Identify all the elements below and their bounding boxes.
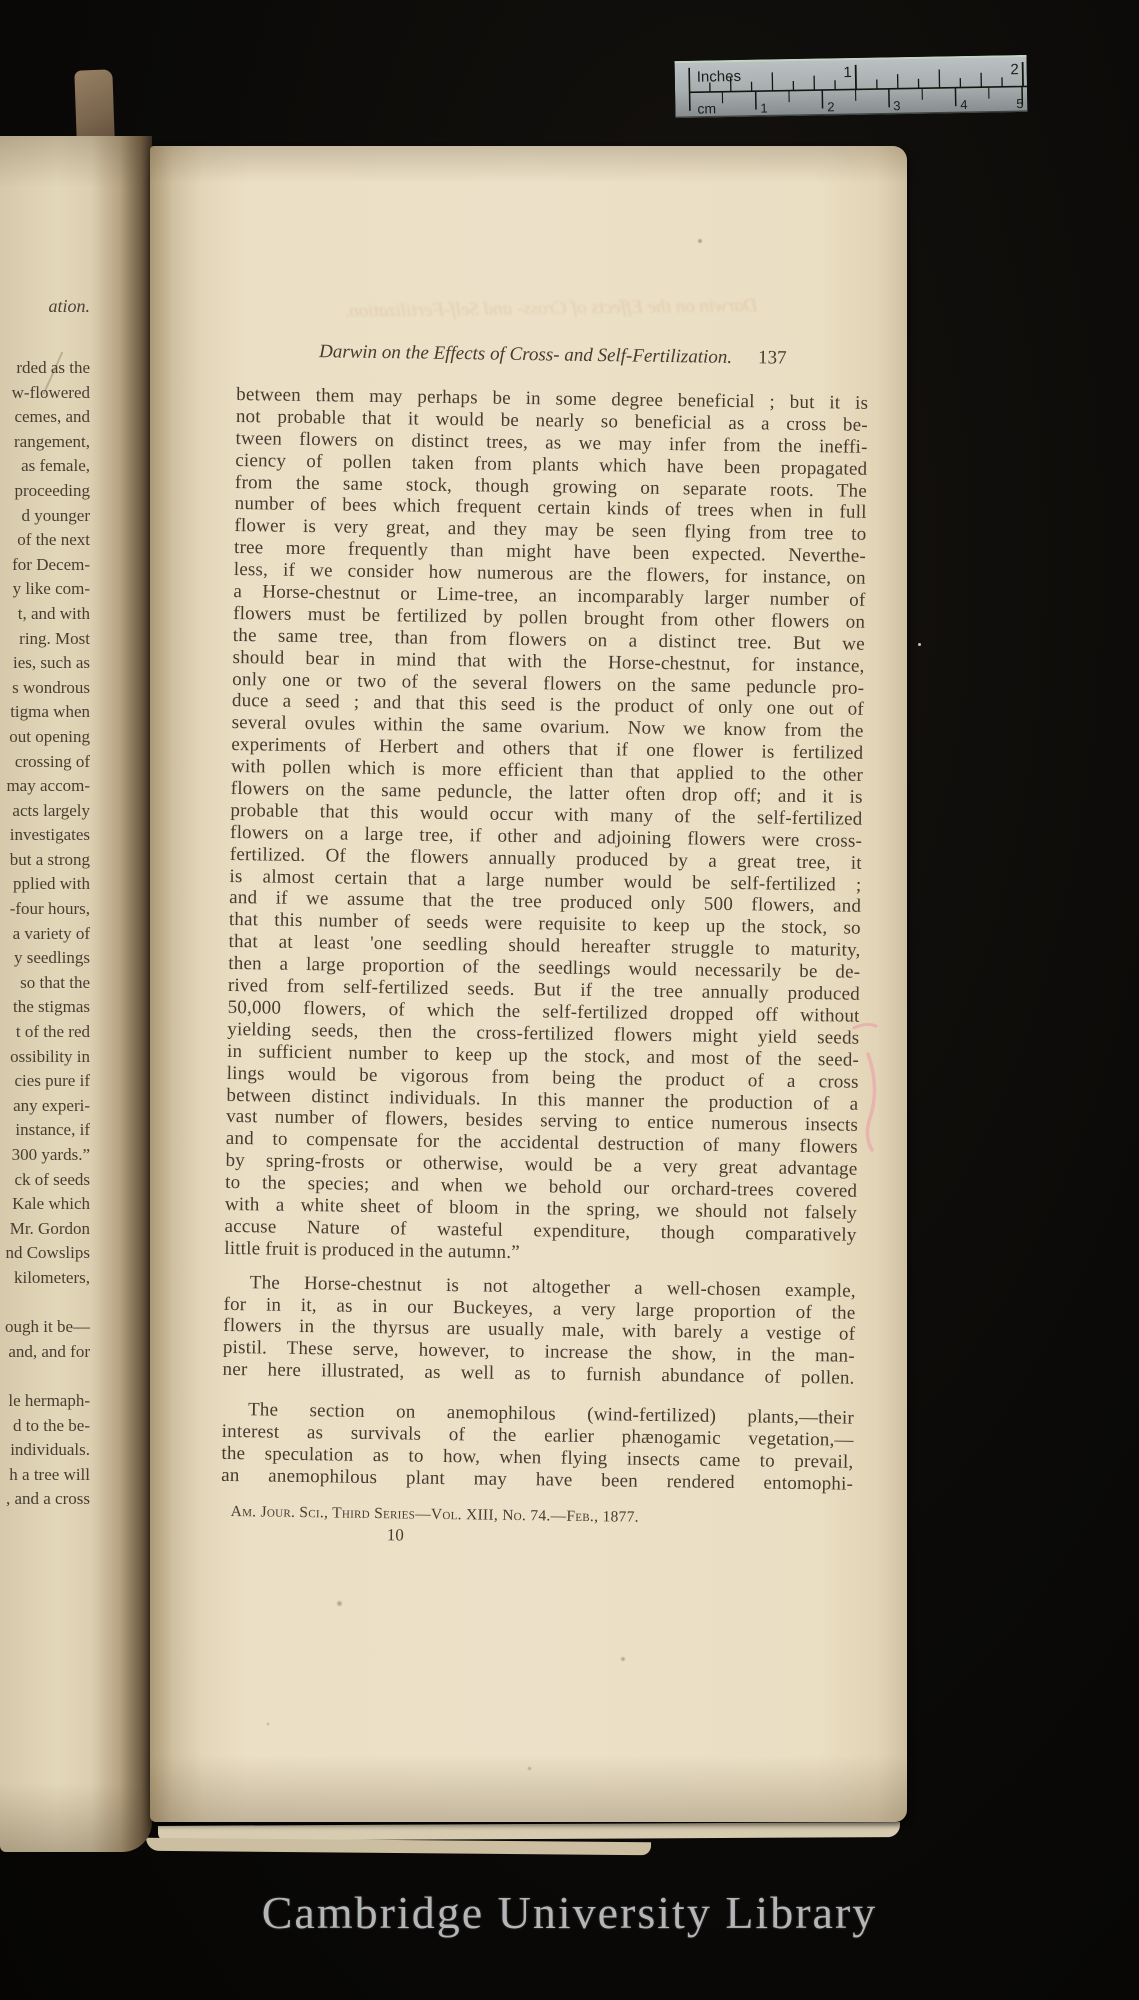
paragraph-anemophilous: The section on anemophilous (wind-fertil… [221,1399,854,1495]
foxing-spot [697,238,703,244]
facing-line-fragment: ck of seeds [0,1168,90,1193]
facing-line-fragment: any experi- [0,1094,90,1119]
facing-line-fragment: cemes, and [0,405,90,430]
facing-line-fragment: Mr. Gordon [0,1217,90,1242]
facing-line-fragment: w-flowered [0,381,90,406]
running-header-title: Darwin on the Effects of Cross- and Self… [319,341,732,369]
facing-line-fragment [0,1291,90,1316]
ruler-inches-label: Inches [697,68,741,86]
cm-number-3: 3 [893,98,900,113]
facing-line-fragment: h a tree will [0,1463,90,1488]
facing-line-fragment: 300 yards.” [0,1143,90,1168]
facing-line-fragment: may accom- [0,774,90,799]
quoted-passage: between them may perhaps be in some degr… [224,384,868,1268]
cm-number-2: 2 [827,99,834,114]
inch-number-2: 2 [1010,61,1019,78]
measurement-ruler: Inches 1 2 cm 1 2 3 4 5 [675,55,1028,118]
facing-line-fragment: y like com- [0,577,90,602]
inch-number-1: 1 [843,64,852,81]
facing-line-fragment: crossing of [0,750,90,775]
page-content: Darwin on the Effects of Cross- and Self… [220,340,869,1551]
facing-line-fragment: instance, if [0,1118,90,1143]
facing-line-fragment: rangement, [0,430,90,455]
facing-line-fragment: out opening [0,725,90,750]
facing-line-fragment: d to the be- [0,1414,90,1439]
facing-line-fragment: and, and for [0,1340,90,1365]
facing-line-fragment: -four hours, [0,897,90,922]
facing-line-fragment: ossibility in [0,1045,90,1070]
facing-line-fragment: Kale which [0,1192,90,1217]
facing-line-fragment: of the next [0,528,90,553]
facing-line-fragment: a variety of [0,922,90,947]
facing-line-fragment: ies, such as [0,651,90,676]
paragraph-horse-chestnut: The Horse-chestnut is not altogether a w… [222,1272,855,1390]
facing-line-fragment: rded as the [0,356,90,381]
facing-line-fragment: y seedlings [0,946,90,971]
facing-line-fragment: t, and with [0,602,90,627]
facing-line-fragment: le hermaph- [0,1389,90,1414]
foxing-spot [527,1766,532,1771]
library-photo-scan: Inches 1 2 cm 1 2 3 4 5 ation. rded as t… [0,0,1139,2000]
facing-line-fragment: acts largely [0,799,90,824]
foxing-spot [266,1722,270,1726]
facing-line-fragment: d younger [0,504,90,529]
facing-line-fragment: pplied with [0,872,90,897]
facing-line-fragment: for Decem- [0,553,90,578]
facing-line-fragment: as female, [0,454,90,479]
facing-line-fragment [0,1364,90,1389]
facing-line-fragment: cies pure if [0,1069,90,1094]
cm-number-4: 4 [960,97,967,112]
page-number: 137 [758,347,787,369]
dust-speck [918,643,921,646]
facing-line-fragment: so that the [0,971,90,996]
facing-line-fragment: proceeding [0,479,90,504]
library-watermark: Cambridge University Library [0,1886,1139,1939]
page-edge-stack [146,1838,651,1855]
foxing-spot [620,1656,626,1662]
cm-number-5: 5 [1016,96,1023,111]
foxing-spot [336,1600,343,1607]
facing-line-fragment: the stigmas [0,995,90,1020]
facing-line-fragment: nd Cowslips [0,1241,90,1266]
facing-line-fragment: t of the red [0,1020,90,1045]
facing-line-fragment: s wondrous [0,676,90,701]
pink-pencil-marginalia [846,1018,890,1158]
facing-line-fragment: ring. Most [0,627,90,652]
facing-line-fragment: ough it be— [0,1315,90,1340]
cm-number-1: 1 [760,100,767,115]
facing-line-fragment: kilometers, [0,1266,90,1291]
facing-page-line-fragments: rded as thew-floweredcemes, andrangement… [0,356,90,1512]
facing-line-fragment: investigates [0,823,90,848]
ruler-cm-label: cm [697,100,716,116]
facing-line-fragment: individuals. [0,1438,90,1463]
facing-page-header-fragment: ation. [0,296,90,317]
facing-line-fragment: tigma when [0,700,90,725]
facing-line-fragment: , and a cross [0,1487,90,1512]
facing-line-fragment: but a strong [0,848,90,873]
